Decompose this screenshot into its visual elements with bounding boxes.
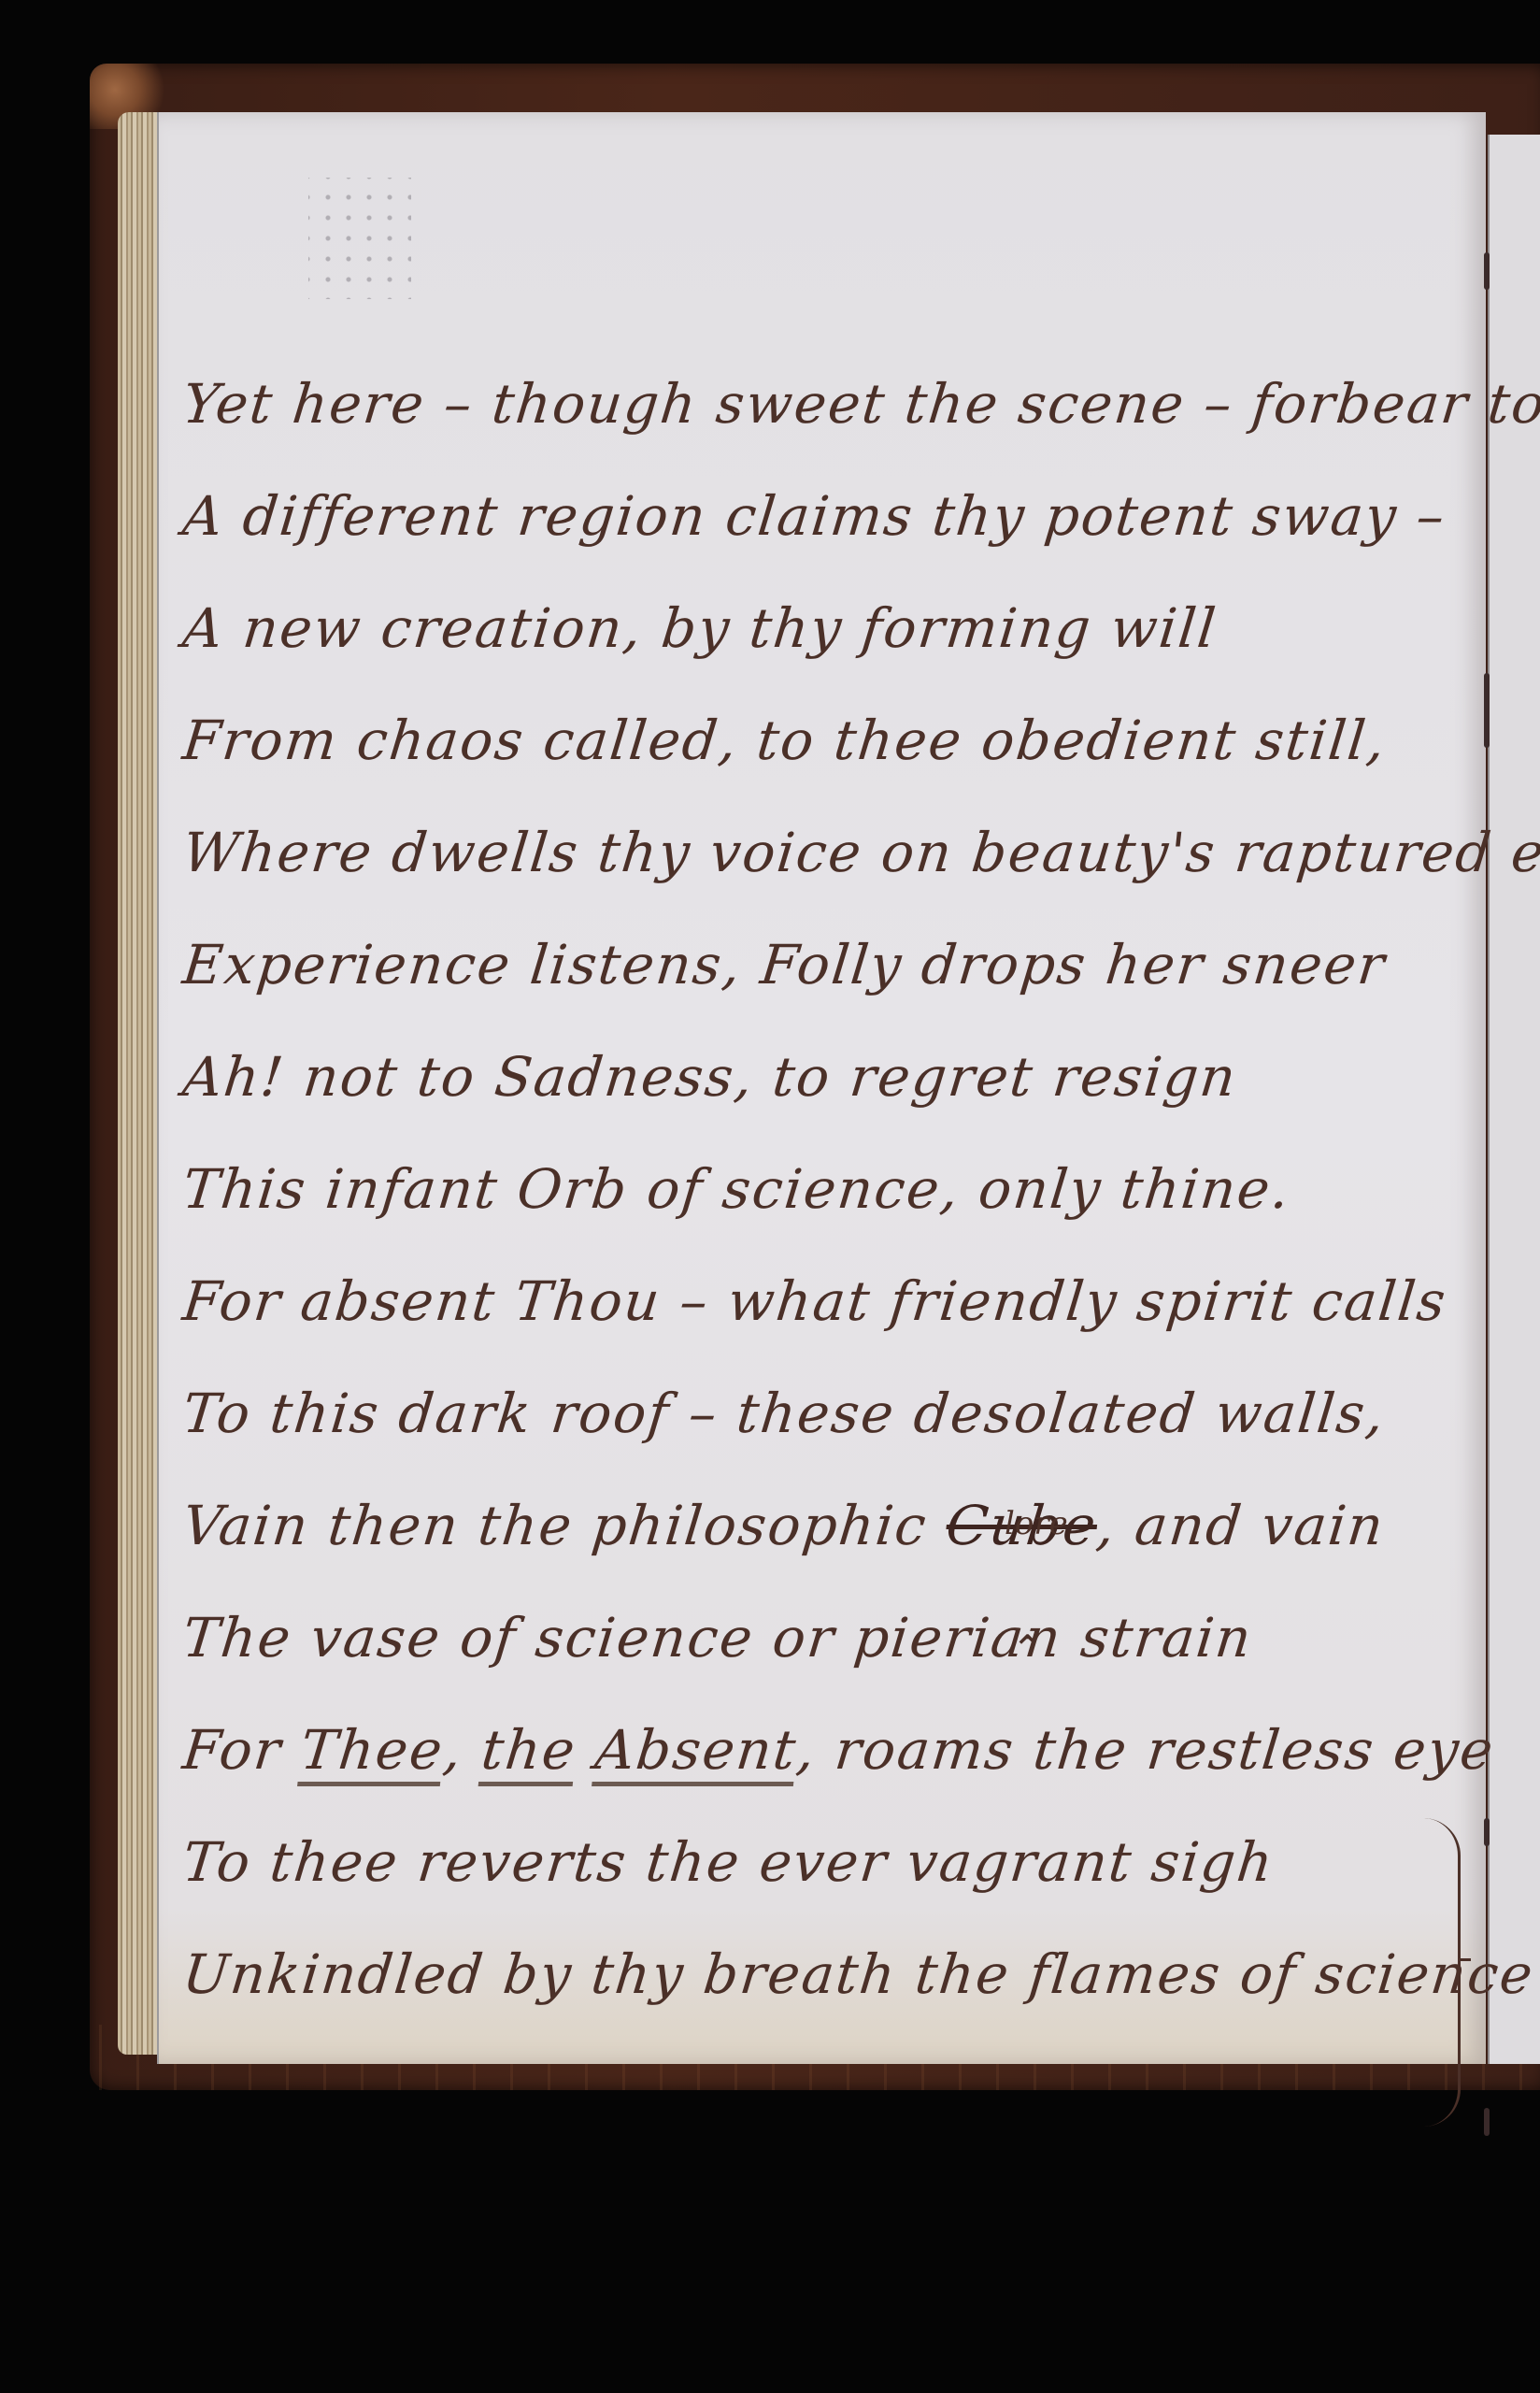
poem-line: For absent Thou – what friendly spirit c… — [178, 1245, 1498, 1357]
poem-line: Where dwells thy voice on beauty's raptu… — [178, 796, 1498, 909]
poem-line: Unkindled by thy breath the flames of sc… — [178, 1918, 1498, 2030]
line-text: Vain then the philosophic — [179, 1494, 949, 1557]
poem-line: To thee reverts the ever vagrant sigh — [178, 1806, 1498, 1918]
ink-offset-marks — [308, 178, 411, 299]
underlined-word: Absent — [592, 1718, 801, 1782]
underlined-word: Thee — [298, 1718, 448, 1782]
margin-bracket — [1420, 1818, 1461, 2127]
poem-line: Ah! not to Sadness, to regret resign — [178, 1021, 1498, 1133]
line-text: For — [179, 1718, 304, 1782]
poem-line: Experience listens, Folly drops her snee… — [178, 909, 1498, 1021]
poem-line: To this dark roof – these desolated wall… — [178, 1357, 1498, 1469]
poem-line: This infant Orb of science, only thine. — [178, 1133, 1498, 1245]
line-text: , — [440, 1718, 485, 1782]
poem-line: Yet here – though sweet the scene – forb… — [178, 348, 1498, 460]
binding-thread — [1484, 252, 1490, 290]
poem-line: A new creation, by thy forming will — [178, 572, 1498, 684]
poem: Yet here – though sweet the scene – forb… — [183, 348, 1491, 2030]
page-edges — [118, 112, 159, 2055]
poem-line: A different region claims thy potent swa… — [178, 460, 1498, 572]
poem-line: The vase of science or pierian strain — [178, 1582, 1498, 1694]
insertion-caret-icon: ⌃ — [1011, 1626, 1044, 1672]
poem-line-revised: Vain then the philosophic Cube, and vain — [178, 1469, 1498, 1582]
underlined-word: the — [478, 1718, 579, 1782]
inserted-correction: lore — [1005, 1505, 1068, 1542]
binding-thread — [1484, 2108, 1490, 2136]
line-text: , roams the restless eye — [793, 1718, 1497, 1782]
line-text: , and vain — [1093, 1494, 1388, 1557]
poem-line-underlined: For Thee, the Absent, roams the restless… — [178, 1694, 1498, 1806]
poem-line: From chaos called, to thee obedient stil… — [178, 684, 1498, 796]
